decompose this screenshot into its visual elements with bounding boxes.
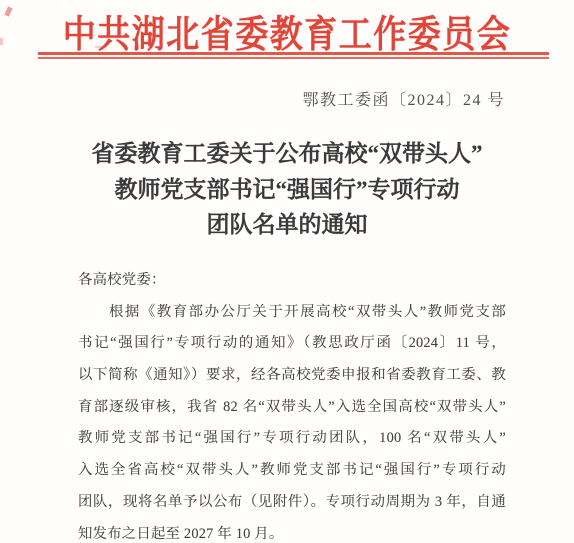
body-line: 根据《教育部办公厅关于开展高校“双带头人”教师党支部 — [78, 297, 506, 329]
title-line-1: 省委教育工委关于公布高校“双带头人” — [0, 136, 574, 172]
body-line: 教师党支部书记“强国行”专项行动团队，100 名“双带头人” — [78, 423, 506, 455]
divider-line-thin — [38, 57, 549, 59]
body-line: 育部逐级审核，我省 82 名“双带头人”入选全国高校“双带头人” — [78, 392, 506, 424]
document-number: 鄂教工委函〔2024〕24 号 — [302, 87, 505, 110]
body-line: 以下简称《通知》）要求，经各高校党委申报和省委教育工委、教 — [78, 360, 506, 392]
body-line: 入选全省高校“双带头人”教师党支部书记“强国行”专项行动 — [78, 455, 506, 487]
title-line-3: 团队名单的通知 — [0, 207, 574, 243]
divider-line-thick — [38, 52, 549, 55]
document-page: 中共湖北省委教育工作委员会 鄂教工委函〔2024〕24 号 省委教育工委关于公布… — [0, 0, 574, 543]
title-line-2: 教师党支部书记“强国行”专项行动 — [0, 172, 574, 208]
salutation: 各高校党委： — [78, 265, 506, 297]
body-line: 书记“强国行”专项行动的通知》（教思政厅函〔2024〕11 号， — [78, 328, 506, 360]
document-body: 各高校党委： 根据《教育部办公厅关于开展高校“双带头人”教师党支部 书记“强国行… — [78, 265, 506, 543]
body-line: 知发布之日起至 2027 年 10 月。 — [78, 519, 506, 543]
header-org-name: 中共湖北省委教育工作委员会 — [0, 5, 574, 59]
header-divider — [38, 52, 549, 59]
document-title: 省委教育工委关于公布高校“双带头人” 教师党支部书记“强国行”专项行动 团队名单… — [0, 136, 574, 243]
body-line: 团队，现将名单予以公布（见附件）。专项行动周期为 3 年，自通 — [78, 487, 506, 519]
